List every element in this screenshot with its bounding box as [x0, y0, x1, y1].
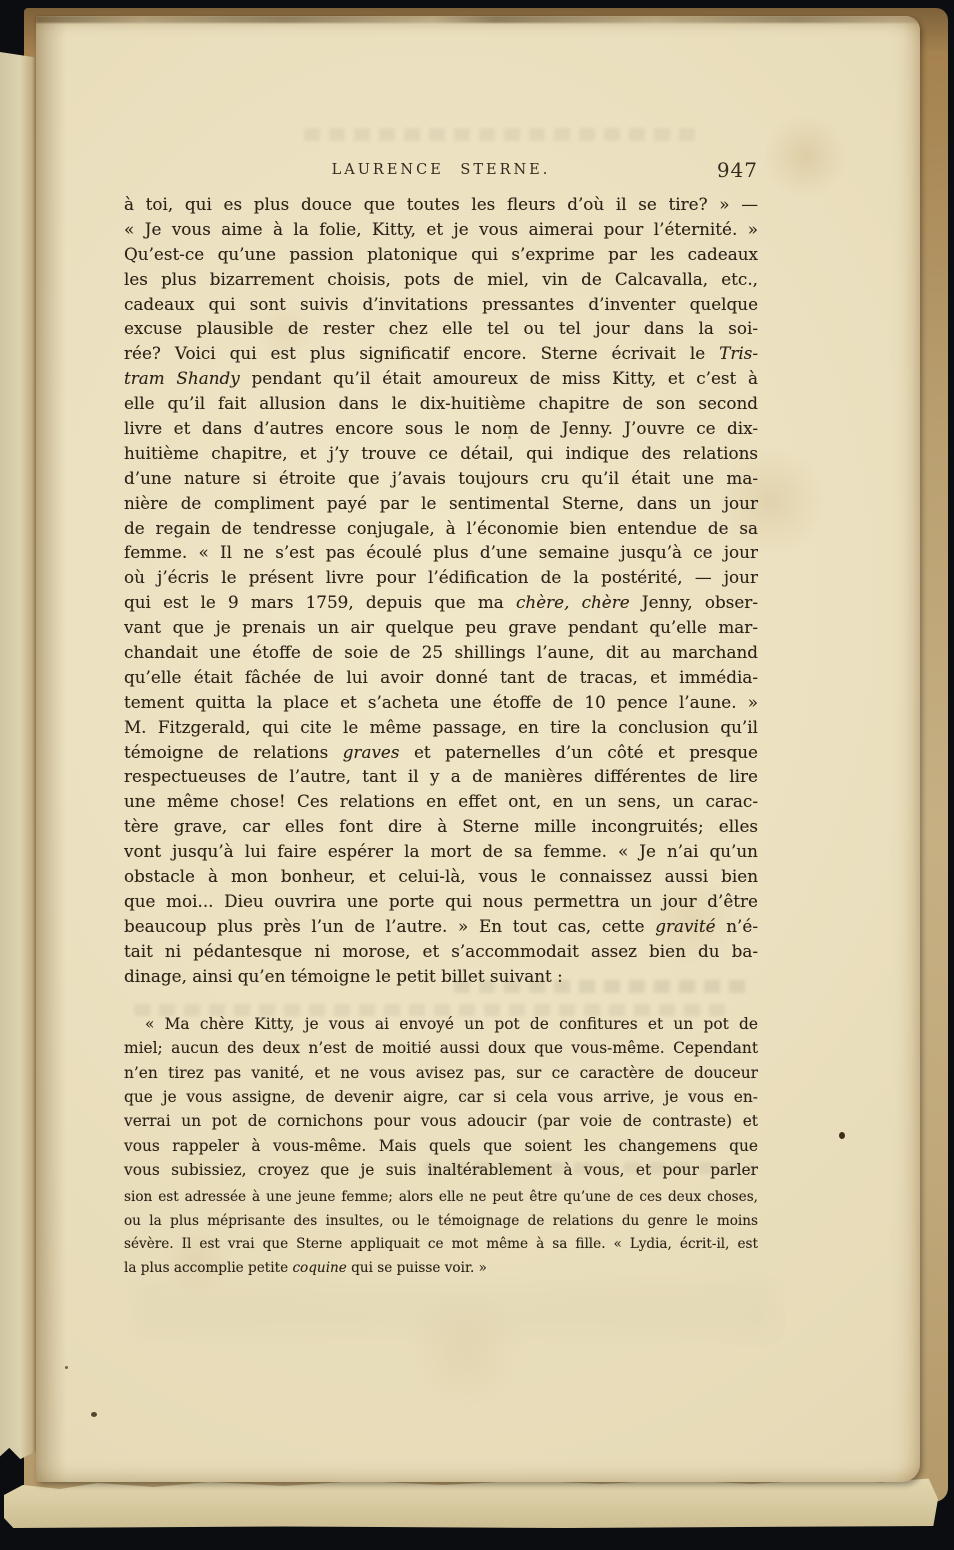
ink-speck — [91, 1412, 97, 1417]
adjacent-page-edge — [0, 52, 37, 1462]
text-line: une même chose! Ces relations en effet o… — [124, 789, 758, 814]
text-line: rée? Voici qui est plus significatif enc… — [124, 341, 758, 366]
text-line: à toi, qui es plus douce que toutes les … — [124, 192, 758, 217]
text-line: sion est adressée à une jeune femme; alo… — [124, 1186, 758, 1210]
book-scan: LAURENCE STERNE. 947 à toi, qui es plus … — [0, 0, 954, 1550]
ink-speck — [839, 1132, 845, 1139]
text-line: tère grave, car elles font dire à Sterne… — [124, 814, 758, 839]
text-line: cadeaux qui sont suivis d’invitations pr… — [124, 292, 758, 317]
text-line: qu’elle était fâchée de lui avoir donné … — [124, 665, 758, 690]
text-line: les plus bizarrement choisis, pots de mi… — [124, 267, 758, 292]
text-line: Qu’est-ce qu’une passion platonique qui … — [124, 242, 758, 267]
running-title: LAURENCE STERNE. — [124, 162, 758, 178]
text-line: d’une nature si étroite que j’avais touj… — [124, 466, 758, 491]
text-line: la plus accomplie petite coquine qui se … — [124, 1257, 758, 1281]
text-line: « Ma chère Kitty, je vous ai envoyé un p… — [124, 1012, 758, 1036]
book-page: LAURENCE STERNE. 947 à toi, qui es plus … — [36, 16, 920, 1482]
text-line: obstacle à mon bonheur, et celui-là, vou… — [124, 864, 758, 889]
page-header: LAURENCE STERNE. 947 — [124, 162, 758, 188]
text-line: de regain de tendresse conjugale, à l’éc… — [124, 516, 758, 541]
text-line: vant que je prenais un air quelque peu g… — [124, 615, 758, 640]
text-line: tait ni pédantesque ni morose, et s’acco… — [124, 939, 758, 964]
text-line: chandait une étoffe de soie de 25 shilli… — [124, 640, 758, 665]
text-line: sévère. Il est vrai que Sterne appliquai… — [124, 1233, 758, 1257]
text-line: que je vous assigne, de devenir aigre, c… — [124, 1085, 758, 1109]
text-line: que moi... Dieu ouvrira une porte qui no… — [124, 889, 758, 914]
ink-speck — [508, 436, 511, 439]
text-line: beaucoup plus près l’un de l’autre. » En… — [124, 914, 758, 939]
text-line: M. Fitzgerald, qui cite le même passage,… — [124, 715, 758, 740]
text-line: tement quitta la place et s’acheta une é… — [124, 690, 758, 715]
page-number: 947 — [717, 158, 758, 182]
main-text-block: à toi, qui es plus douce que toutes les … — [124, 192, 758, 989]
text-line: respectueuses de l’autre, tant il y a de… — [124, 764, 758, 789]
letter-quote-block: « Ma chère Kitty, je vous ai envoyé un p… — [124, 1012, 758, 1182]
text-line: vont jusqu’à lui faire espérer la mort d… — [124, 839, 758, 864]
text-line: n’en tirez pas vanité, et ne vous avisez… — [124, 1061, 758, 1085]
ink-speck — [65, 1366, 68, 1369]
text-line: témoigne de relations graves et paternel… — [124, 740, 758, 765]
text-line: dinage, ainsi qu’en témoigne le petit bi… — [124, 964, 758, 989]
text-line: excuse plausible de rester chez elle tel… — [124, 316, 758, 341]
footnote-block: sion est adressée à une jeune femme; alo… — [124, 1186, 758, 1281]
text-line: verrai un pot de cornichons pour vous ad… — [124, 1109, 758, 1133]
text-line: vous rappeler à vous-même. Mais quels qu… — [124, 1134, 758, 1158]
text-line: elle qu’il fait allusion dans le dix-hui… — [124, 391, 758, 416]
text-line: « Je vous aime à la folie, Kitty, et je … — [124, 217, 758, 242]
text-line: huitième chapitre, et j’y trouve ce déta… — [124, 441, 758, 466]
text-line: qui est le 9 mars 1759, depuis que ma ch… — [124, 590, 758, 615]
text-column: LAURENCE STERNE. 947 à toi, qui es plus … — [124, 16, 758, 1482]
text-line: vous subissiez, croyez que je suis inalt… — [124, 1158, 758, 1182]
text-line: miel; aucun des deux n’est de moitié aus… — [124, 1036, 758, 1060]
text-line: livre et dans d’autres encore sous le no… — [124, 416, 758, 441]
text-line: ou la plus méprisante des insultes, ou l… — [124, 1210, 758, 1234]
text-line: nière de compliment payé par le sentimen… — [124, 491, 758, 516]
text-line: où j’écris le présent livre pour l’édifi… — [124, 565, 758, 590]
text-line: tram Shandy pendant qu’il était amoureux… — [124, 366, 758, 391]
text-line: femme. « Il ne s’est pas écoulé plus d’u… — [124, 540, 758, 565]
